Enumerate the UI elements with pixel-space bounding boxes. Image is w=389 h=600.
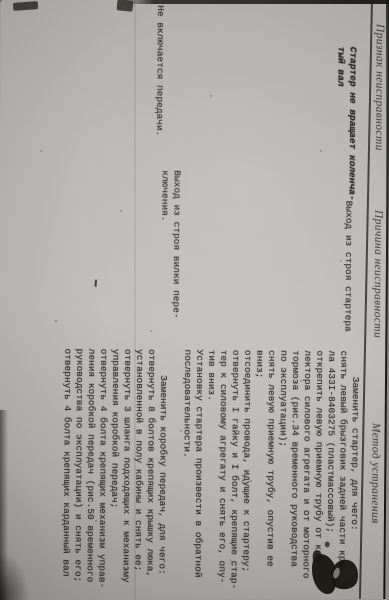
stray-pen-mark	[95, 280, 97, 287]
row2-cause: Выход из строя вилки пере- ключения.	[157, 170, 182, 318]
document-page: Признак неисправности Причина неисправно…	[0, 0, 389, 599]
row1-symptom: Стартер не вращает коленча- тый вал	[333, 47, 358, 201]
text-line: Выход из строя стартера	[341, 201, 354, 332]
text-line: отвернуть 3 шланга подходящих к механизм…	[119, 349, 133, 589]
text-line: Установку стартера произвести в обратной	[191, 349, 205, 589]
text-line: Не включается передачи.	[153, 5, 166, 136]
column-header-cause: Причина неисправности	[371, 210, 384, 338]
text-line: отвернуть 4 болта крепящих механизм упра…	[95, 349, 109, 589]
column-header-symptom: Признак неисправности	[373, 24, 386, 151]
ink-spot	[325, 542, 330, 548]
ink-blot	[301, 550, 363, 600]
text-line: снять левую приемную трубу, опустив ее	[263, 350, 277, 590]
text-line: отвернуть 4 болта крепящих карданный вал	[59, 348, 73, 588]
column-header-remedy: Метод устранения	[369, 423, 382, 524]
text-line: установленной в полу кабины и снять ее;	[131, 349, 145, 589]
text-line: тер к силовому агрегату и снять его, опу…	[215, 350, 229, 590]
row2-remedy: Заменить коробку передач, для чего: отве…	[59, 348, 169, 588]
text-line: тормоза (рис.34 временного руководства	[287, 350, 301, 590]
ink-blot-part	[313, 550, 322, 562]
text-line: отвернуть 8 болтов крепящих крышку люка,	[143, 349, 157, 589]
text-line: ления коробкой передач (рис.50 временног…	[83, 349, 97, 589]
text-line: Стартер не вращает коленча-	[345, 47, 358, 201]
text-line: Заменить коробку передач, для чего:	[155, 349, 169, 589]
text-line: Выход из строя вилки пере-	[169, 170, 182, 318]
text-line: отвернуть I гайку и I болт, крепящие ста…	[227, 350, 241, 590]
scanned-document-photo: Признак неисправности Причина неисправно…	[0, 0, 389, 600]
row2-symptom: Не включается передачи.	[153, 5, 166, 136]
text-line: отсоединить провода, идущие к стартеру;	[239, 350, 253, 590]
row1-cause: Выход из строя стартера	[341, 201, 354, 332]
text-line: руководства по эксплуатации) и снять его…	[71, 349, 85, 589]
